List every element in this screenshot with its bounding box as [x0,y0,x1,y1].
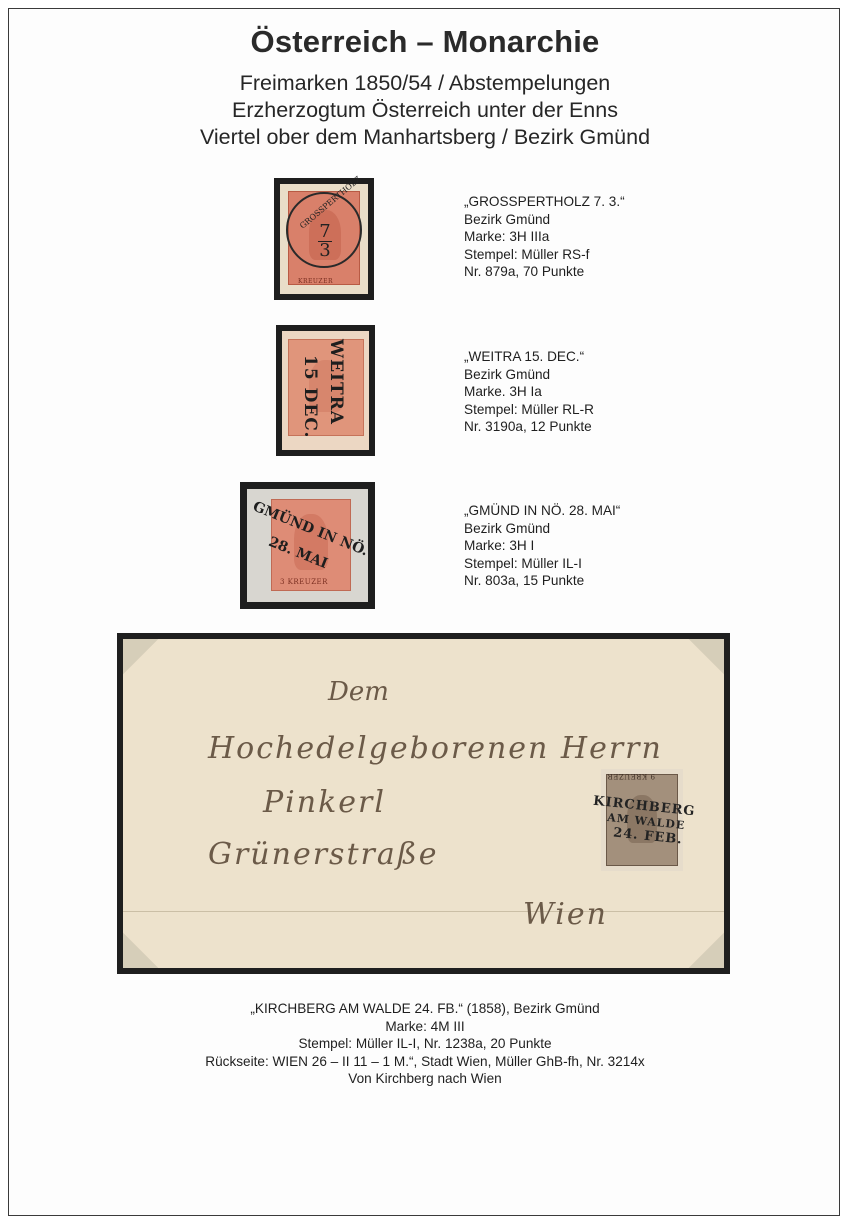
stamp-description-3: „GMÜND IN NÖ. 28. MAI“ Bezirk Gmünd Mark… [464,502,620,590]
stamp-mount-gmuend: 3 KREUZER GMÜND IN NÖ. 28. MAI [240,482,375,609]
stamp-description-2: „WEITRA 15. DEC.“ Bezirk Gmünd Marke. 3H… [464,348,594,436]
cover-description: „KIRCHBERG AM WALDE 24. FB.“ (1858), Bez… [0,1000,850,1088]
cover-mount: Dem Hochedelgeborenen Herrn Pinkerl Grün… [117,633,730,974]
postmark-date: 15 DEC. [300,355,320,438]
stamp-denomination: 9 KREUZER [607,772,655,780]
subtitle-line-3: Viertel ober dem Manhartsberg / Bezirk G… [0,125,850,150]
handwriting-line: Dem [328,677,389,707]
page-title: Österreich – Monarchie [0,24,850,60]
stamp-mount-weitra: WEITRA 15 DEC. [276,325,375,456]
subtitle-line-1: Freimarken 1850/54 / Abstempelungen [0,71,850,96]
postmark-town: WEITRA [326,339,346,425]
photo-corner [123,933,158,968]
stamp-description-1: „GROSSPERTHOLZ 7. 3.“ Bezirk Gmünd Marke… [464,193,625,281]
photo-corner [123,639,158,674]
handwriting-line: Grünerstraße [208,837,439,872]
stamp-denomination: 3 KREUZER [280,578,328,586]
photo-corner [689,639,724,674]
stamp-image-weitra: WEITRA 15 DEC. [282,331,369,450]
letter-cover-image: Dem Hochedelgeborenen Herrn Pinkerl Grün… [123,639,724,968]
stamp-image-grosspertholz: KREUZER GROSSPERTHOLZ 7 3 [280,184,368,294]
fold-line [123,911,724,912]
circular-postmark: GROSSPERTHOLZ 7 3 [286,192,362,268]
postmark-date: 7 3 [318,224,332,259]
handwriting-line: Pinkerl [263,785,386,820]
stamp-denomination: KREUZER [298,278,333,285]
subtitle-line-2: Erzherzogtum Österreich unter der Enns [0,98,850,123]
handwriting-line: Wien [523,897,608,932]
photo-corner [689,933,724,968]
stamp-mount-grosspertholz: KREUZER GROSSPERTHOLZ 7 3 [274,178,374,300]
handwriting-line: Hochedelgeborenen Herrn [208,731,663,766]
stamp-image-gmuend: 3 KREUZER GMÜND IN NÖ. 28. MAI [247,489,368,602]
